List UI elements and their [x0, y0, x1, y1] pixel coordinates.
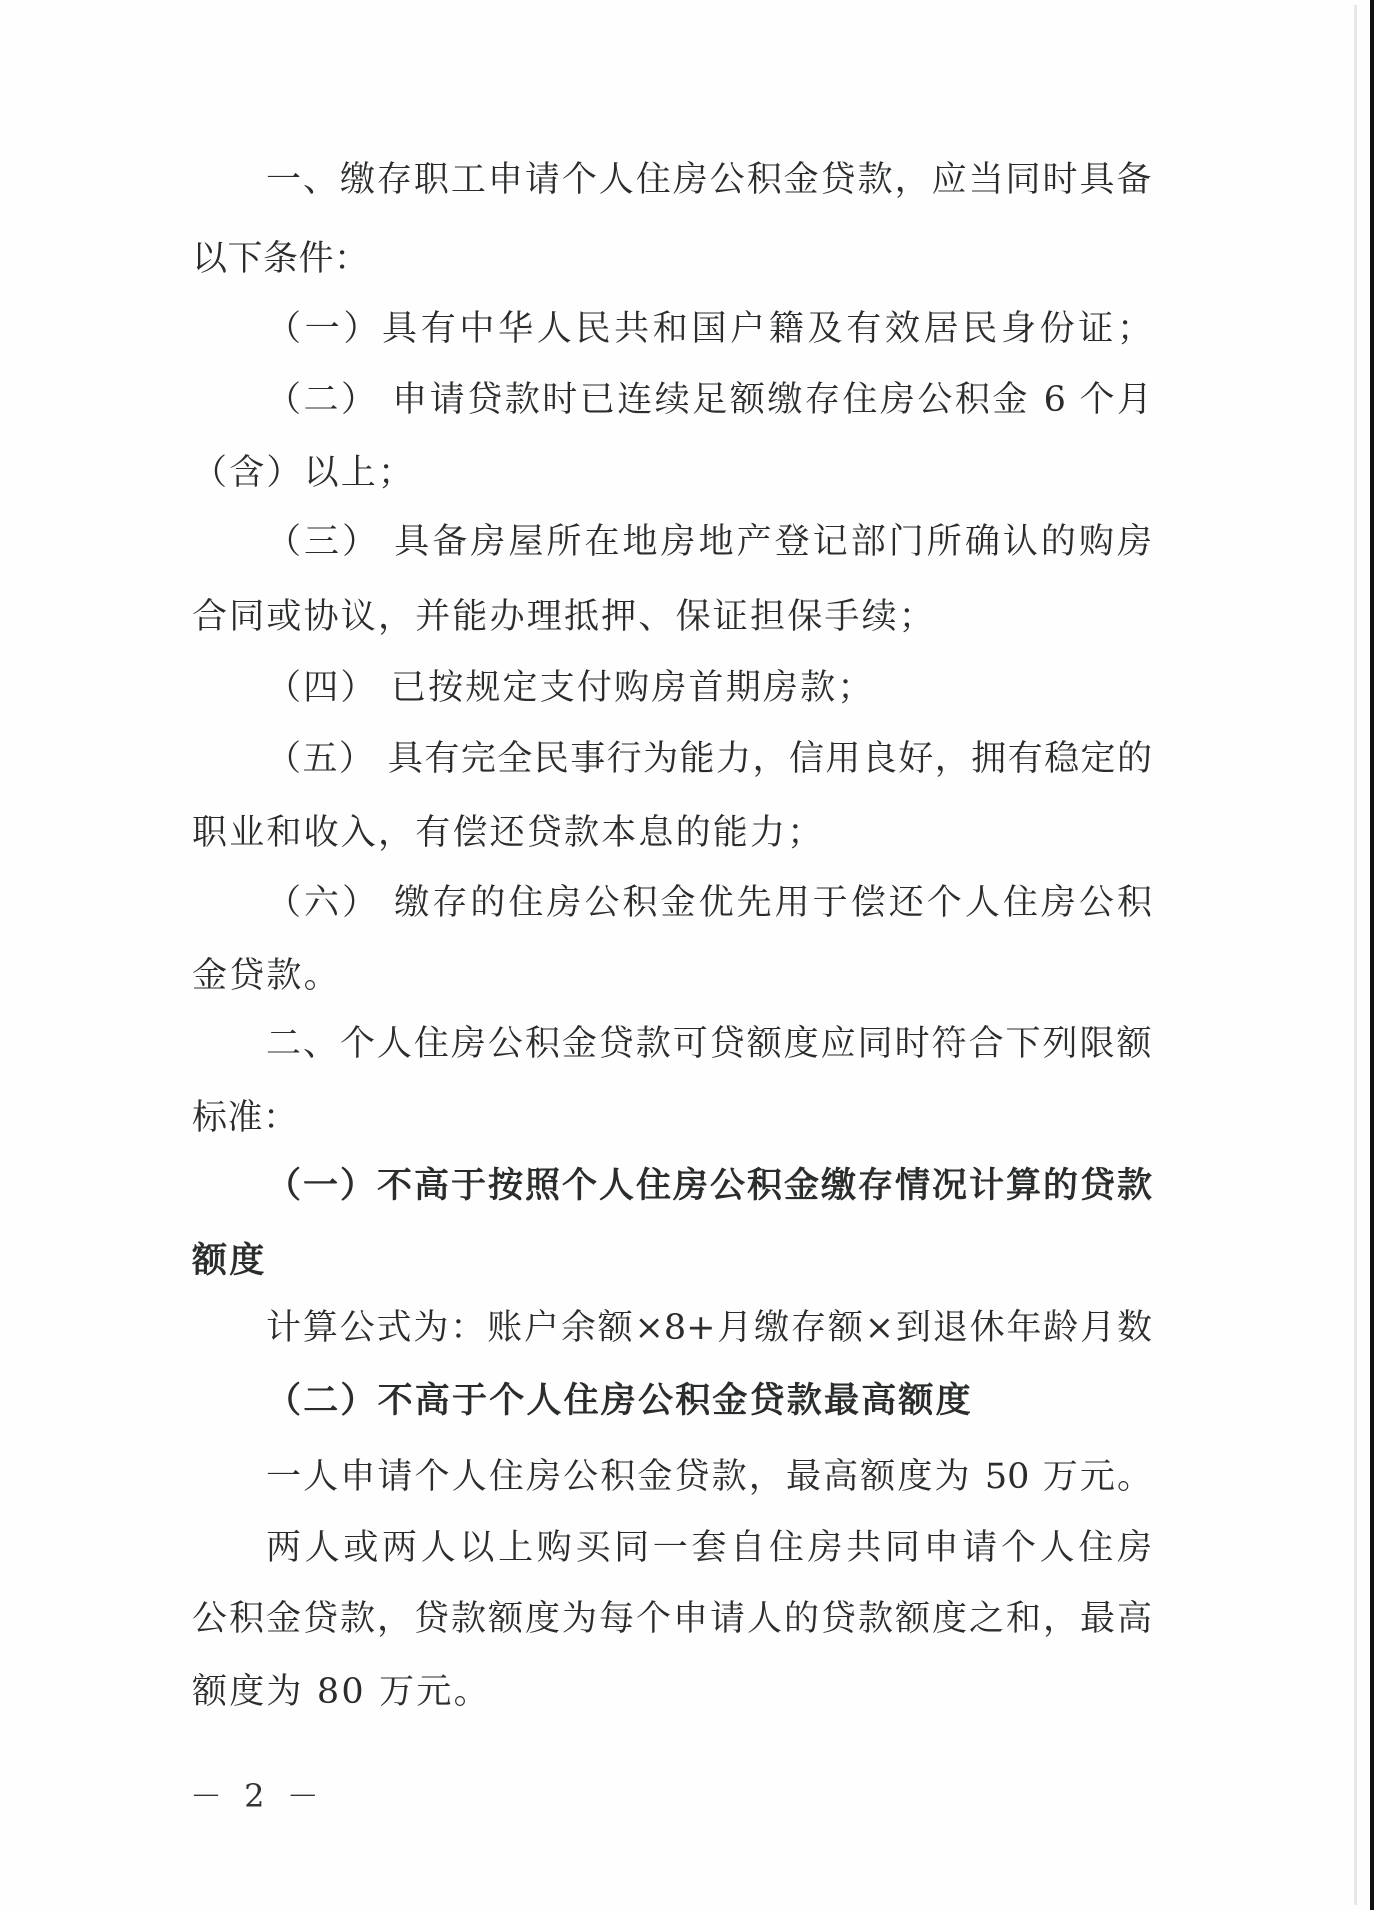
scan-border — [1370, 0, 1374, 1910]
condition-6-cont: 金贷款。 — [192, 954, 1152, 998]
limit-1-heading-cont: 额度 — [192, 1239, 1152, 1283]
joint-applicant-limit: 两人或两人以上购买同一套自住房共同申请个人住房 — [266, 1526, 1152, 1570]
condition-5: （五） 具有完全民事行为能力，信用良好，拥有稳定的 — [266, 737, 1152, 781]
condition-3-cont: 合同或协议，并能办理抵押、保证担保手续； — [192, 595, 1152, 639]
page-edge-shadow — [1354, 5, 1357, 1905]
condition-4: （四） 已按规定支付购房首期房款； — [266, 666, 1152, 710]
page-number: － 2 － — [190, 1776, 325, 1816]
document-page: 一、缴存职工申请个人住房公积金贷款，应当同时具备 以下条件： （一）具有中华人民… — [0, 0, 1374, 1910]
condition-5-cont: 职业和收入，有偿还贷款本息的能力； — [192, 811, 1152, 855]
condition-6: （六） 缴存的住房公积金优先用于偿还个人住房公积 — [266, 881, 1152, 925]
formula-line: 计算公式为：账户余额×8+月缴存额×到退休年龄月数 — [266, 1306, 1152, 1350]
condition-1: （一）具有中华人民共和国户籍及有效居民身份证； — [266, 307, 1152, 351]
condition-3: （三） 具备房屋所在地房地产登记部门所确认的购房 — [266, 520, 1152, 564]
section-2-heading: 二、个人住房公积金贷款可贷额度应同时符合下列限额 — [266, 1022, 1152, 1066]
joint-applicant-limit-end: 额度为 80 万元。 — [192, 1670, 1152, 1714]
limit-1-heading: （一）不高于按照个人住房公积金缴存情况计算的贷款 — [266, 1164, 1152, 1208]
section-1-heading: 一、缴存职工申请个人住房公积金贷款，应当同时具备 — [266, 158, 1152, 202]
condition-2: （二） 申请贷款时已连续足额缴存住房公积金 6 个月 — [266, 378, 1152, 422]
limit-2-heading: （二）不高于个人住房公积金贷款最高额度 — [266, 1379, 1152, 1423]
single-applicant-limit: 一人申请个人住房公积金贷款，最高额度为 50 万元。 — [266, 1455, 1152, 1499]
condition-2-cont: （含）以上； — [192, 451, 1152, 495]
section-2-heading-cont: 标准： — [192, 1096, 1152, 1140]
joint-applicant-limit-cont: 公积金贷款，贷款额度为每个申请人的贷款额度之和，最高 — [192, 1597, 1152, 1641]
section-1-heading-cont: 以下条件： — [192, 237, 1152, 281]
